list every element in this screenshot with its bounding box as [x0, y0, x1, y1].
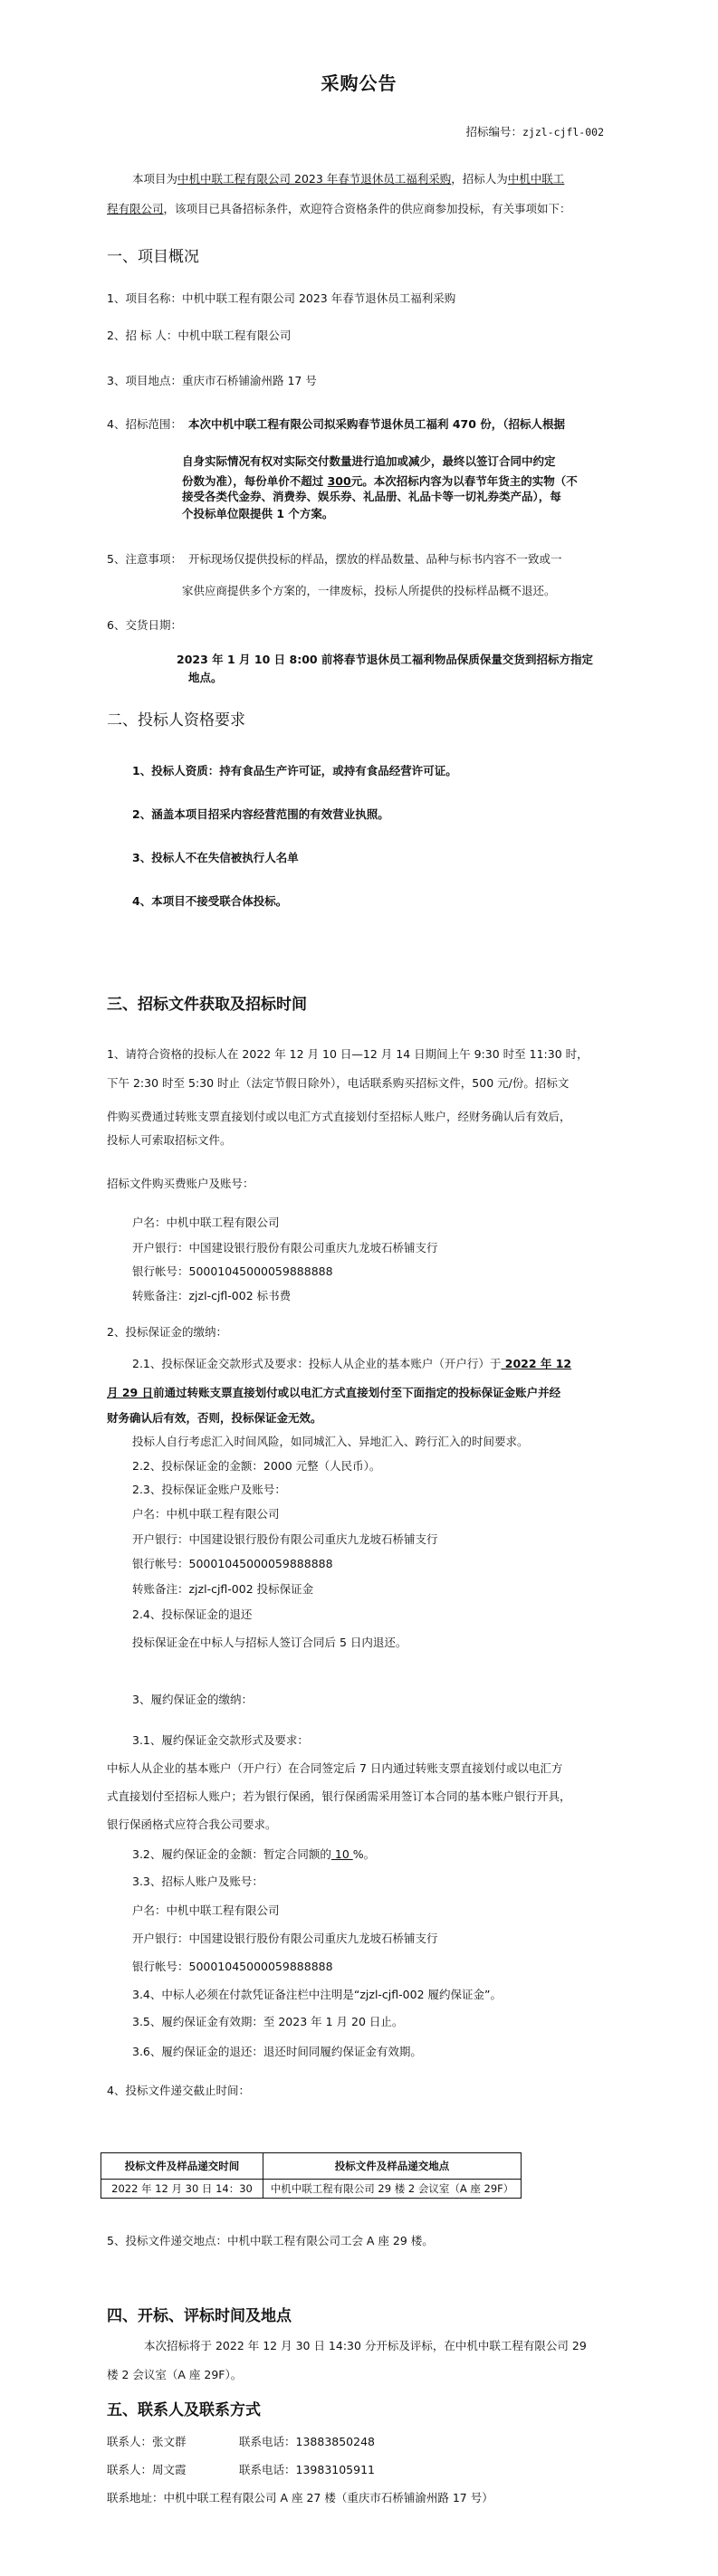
announcement-page: 采购公告 招标编号：zjzl-cjfl-002 本项目为中机中联工程有限公司 2… — [0, 0, 718, 2576]
table-header-row: 投标文件及样品递交时间 投标文件及样品递交地点 — [101, 2153, 522, 2180]
performance-heading: 3、履约保证金的缴纳： — [132, 1693, 253, 1707]
contact-1-name: 联系人：张文群 — [107, 2435, 239, 2449]
deposit-account-name: 户名：中机中联工程有限公司 — [132, 1507, 280, 1522]
fee-account-name: 户名：中机中联工程有限公司 — [132, 1216, 280, 1230]
table-header-location: 投标文件及样品递交地点 — [263, 2153, 522, 2180]
performance-3-6: 3.6、履约保证金的退还：退还时间同履约保证金有效期。 — [132, 2045, 422, 2059]
delivery-label: 6、交货日期： — [107, 618, 182, 633]
performance-3-1: 3.1、履约保证金交款形式及要求： — [132, 1733, 309, 1748]
project-name-item: 1、项目名称：中机中联工程有限公司 2023 年春节退休员工福利采购 — [107, 291, 455, 306]
opening-line-2: 楼 2 会议室（A 座 29F）。 — [107, 2368, 242, 2382]
contact-address: 联系地址：中机中联工程有限公司 A 座 27 楼（重庆市石桥铺渝州路 17 号） — [107, 2491, 493, 2505]
performance-3-3: 3.3、招标人账户及账号： — [132, 1875, 263, 1889]
intro-line-2: 程有限公司，该项目已具备招标条件，欢迎符合资格条件的供应商参加投标，有关事项如下… — [107, 202, 571, 216]
tender-doc-line-4: 投标人可索取招标文件。 — [107, 1133, 232, 1148]
tender-doc-line-3: 件购买费通过转账支票直接划付或以电汇方式直接划付至招标人账户，经财务确认后有效后… — [107, 1110, 571, 1124]
scope-line-5: 个投标单位限提供 1 个方案。 — [182, 507, 333, 521]
submission-time-cell: 2022 年 12 月 30 日 14：30 — [101, 2180, 263, 2199]
tenderer-link-a: 中机中联工 — [508, 172, 565, 186]
qualification-item-4: 4、本项目不接受联合体投标。 — [132, 894, 287, 909]
performance-3-1-line-3: 银行保函格式应符合我公司要求。 — [107, 1818, 277, 1832]
scope-line-4: 接受各类代金券、消费券、娱乐券、礼品册、礼品卡等一切礼券类产品），每 — [182, 490, 561, 504]
section-heading-5: 五、联系人及联系方式 — [107, 2400, 261, 2420]
performance-account-bank: 开户银行：中国建设银行股份有限公司重庆九龙坡石桥铺支行 — [132, 1932, 438, 1946]
deposit-account-number: 银行帐号：50001045000059888888 — [132, 1557, 333, 1571]
deposit-2-4-text: 投标保证金在中标人与招标人签订合同后 5 日内退还。 — [132, 1636, 407, 1650]
performance-3-1-line-1: 中标人从企业的基本账户（开户行）在合同签定后 7 日内通过转账支票直接划付或以电… — [107, 1761, 562, 1776]
section-heading-3: 三、招标文件获取及招标时间 — [107, 995, 307, 1015]
deposit-account-bank: 开户银行：中国建设银行股份有限公司重庆九龙坡石桥铺支行 — [132, 1532, 438, 1547]
qualification-item-2: 2、涵盖本项目招采内容经营范围的有效营业执照。 — [132, 807, 389, 822]
fee-account-bank: 开户银行：中国建设银行股份有限公司重庆九龙坡石桥铺支行 — [132, 1241, 438, 1255]
deposit-2-2: 2.2、投标保证金的金额：2000 元整（人民币）。 — [132, 1459, 380, 1474]
deposit-2-4: 2.4、投标保证金的退还 — [132, 1608, 252, 1622]
tender-doc-line-1: 1、请符合资格的投标人在 2022 年 12 月 10 日—12 月 14 日期… — [107, 1047, 589, 1062]
submission-location-item: 5、投标文件递交地点：中机中联工程有限公司工会 A 座 29 楼。 — [107, 2234, 434, 2248]
delivery-line-2: 地点。 — [188, 671, 223, 685]
deposit-2-1-line-3: 财务确认后有效，否则，投标保证金无效。 — [107, 1411, 322, 1426]
section-heading-2: 二、投标人资格要求 — [107, 711, 245, 730]
contact-2-phone[interactable]: 13983105911 — [296, 2463, 375, 2476]
fee-account-heading: 招标文件购买费账户及账号： — [107, 1177, 254, 1191]
notice-label: 5、注意事项： — [107, 552, 182, 567]
qualification-item-3: 3、投标人不在失信被执行人名单 — [132, 851, 299, 865]
deadline-heading: 4、投标文件递交截止时间： — [107, 2084, 250, 2098]
submission-table: 投标文件及样品递交时间 投标文件及样品递交地点 2022 年 12 月 30 日… — [101, 2152, 522, 2199]
scope-line-2: 自身实际情况有权对实际交付数量进行追加或减少，最终以签订合同中约定 — [182, 454, 556, 469]
deposit-account-remark: 转账备注：zjzl-cjfl-002 投标保证金 — [132, 1582, 313, 1597]
delivery-line-1: 2023 年 1 月 10 日 8:00 前将春节退休员工福利物品保质保量交货到… — [177, 653, 593, 667]
contact-2-name: 联系人：周文霞 — [107, 2463, 239, 2477]
performance-3-2: 3.2、履约保证金的金额：暂定合同额的 10 %。 — [132, 1847, 375, 1862]
fee-account-number: 银行帐号：50001045000059888888 — [132, 1264, 333, 1279]
tenderer-link-b: 程有限公司 — [107, 202, 164, 215]
section-heading-1: 一、项目概况 — [107, 247, 199, 267]
opening-line-1: 本次招标将于 2022 年 12 月 30 日 14:30 分开标及评标，在中机… — [144, 2339, 587, 2353]
section-heading-4: 四、开标、评标时间及地点 — [107, 2306, 292, 2326]
performance-3-1-line-2: 式直接划付至招标人账户；若为银行保函，银行保函需采用签订本合同的基本账户银行开具… — [107, 1789, 571, 1804]
notice-line-1: 开标现场仅提供投标的样品，摆放的样品数量、品种与标书内容不一致或一 — [188, 552, 562, 567]
performance-3-4: 3.4、中标人必须在付款凭证备注栏中注明是“zjzl-cjfl-002 履约保证… — [132, 1988, 502, 2002]
project-name-link: 中机中联工程有限公司 2023 年春节退休员工福利采购 — [177, 172, 451, 186]
scope-line-1: 本次中机中联工程有限公司拟采购春节退休员工福利 470 份，（招标人根据 — [188, 417, 565, 432]
deposit-note: 投标人自行考虑汇入时间风险，如同城汇入、异地汇入、跨行汇入的时间要求。 — [132, 1435, 529, 1449]
scope-label: 4、招标范围： — [107, 417, 182, 432]
scope-line-3: 份数为准），每份单价不超过 300元。本次招标内容为以春节年货主的实物（不 — [182, 474, 578, 489]
intro-line-1: 本项目为中机中联工程有限公司 2023 年春节退休员工福利采购，招标人为中机中联… — [132, 172, 564, 186]
contact-1: 联系人：张文群联系电话：13883850248 — [107, 2435, 375, 2449]
table-header-time: 投标文件及样品递交时间 — [101, 2153, 263, 2180]
deposit-heading: 2、投标保证金的缴纳： — [107, 1325, 227, 1340]
deposit-2-1-line-2: 月 29 日前通过转账支票直接划付或以电汇方式直接划付至下面指定的投标保证金账户… — [107, 1386, 560, 1400]
performance-3-5: 3.5、履约保证金有效期：至 2023 年 1 月 20 日止。 — [132, 2015, 403, 2029]
performance-account-number: 银行帐号：50001045000059888888 — [132, 1960, 333, 1974]
submission-location-cell: 中机中联工程有限公司 29 楼 2 会议室（A 座 29F） — [263, 2180, 522, 2199]
deposit-2-3: 2.3、投标保证金账户及账号： — [132, 1483, 286, 1497]
tenderer-item: 2、招 标 人：中机中联工程有限公司 — [107, 329, 291, 343]
contact-1-phone[interactable]: 13883850248 — [296, 2435, 375, 2448]
deposit-2-1-line-1: 2.1、投标保证金交款形式及要求：投标人从企业的基本账户（开户行）于 2022 … — [132, 1357, 571, 1371]
tender-number: 招标编号：zjzl-cjfl-002 — [465, 125, 604, 139]
fee-account-remark: 转账备注：zjzl-cjfl-002 标书费 — [132, 1289, 291, 1303]
qualification-item-1: 1、投标人资质：持有食品生产许可证，或持有食品经营许可证。 — [132, 764, 457, 778]
performance-account-name: 户名：中机中联工程有限公司 — [132, 1903, 280, 1918]
notice-line-2: 家供应商提供多个方案的，一律废标，投标人所提供的投标样品概不退还。 — [182, 584, 556, 598]
page-title: 采购公告 — [0, 69, 718, 95]
table-row: 2022 年 12 月 30 日 14：30 中机中联工程有限公司 29 楼 2… — [101, 2180, 522, 2199]
contact-2: 联系人：周文霞联系电话：13983105911 — [107, 2463, 375, 2477]
tender-doc-line-2: 下午 2:30 时至 5:30 时止（法定节假日除外），电话联系购买招标文件，5… — [107, 1076, 569, 1091]
project-location-item: 3、项目地点：重庆市石桥铺渝州路 17 号 — [107, 374, 317, 388]
